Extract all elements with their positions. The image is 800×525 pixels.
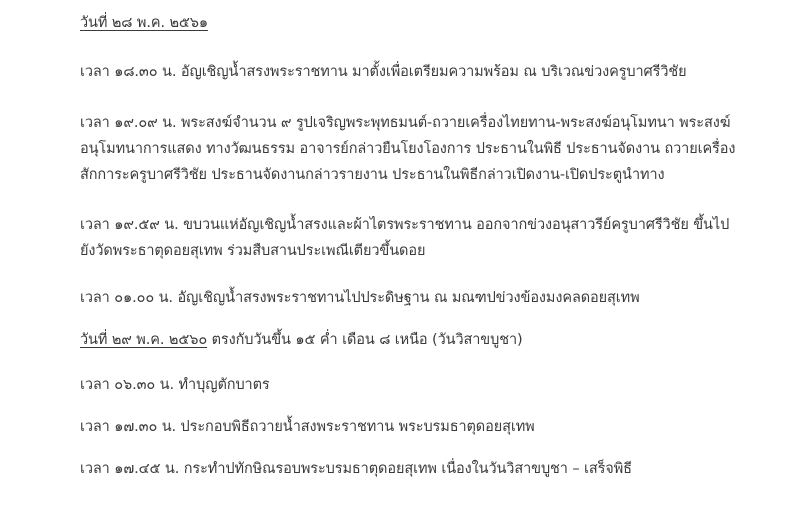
schedule-entry-1909-line2: อนุโมทนาการแสดง ทางวัฒนธรรม อาจารย์กล่าว… (80, 136, 735, 162)
schedule-entry-0630: เวลา ๐๖.๓๐ น. ทำบุญตักบาตร (80, 372, 270, 398)
day2-heading: วันที่ ๒๙ พ.ค. ๒๕๖๐ (80, 332, 207, 348)
schedule-entry-1959-line2: ยังวัดพระธาตุดอยสุเทพ ร่วมสืบสานประเพณีเ… (80, 238, 425, 264)
day2-heading-row: วันที่ ๒๙ พ.ค. ๒๕๖๐ ตรงกับวันขึ้น ๑๕ ค่ำ… (80, 327, 523, 353)
schedule-entry-1909-line1: เวลา ๑๙.๐๙ น. พระสงฆ์จำนวน ๙ รูปเจริญพระ… (80, 110, 730, 136)
schedule-entry-1830: เวลา ๑๘.๓๐ น. อัญเชิญน้ำสรงพระราชทาน มาต… (80, 59, 687, 85)
schedule-entry-0100: เวลา ๐๑.๐๐ น. อัญเชิญน้ำสรงพระราชทานไปปร… (80, 285, 640, 311)
day2-heading-suffix: ตรงกับวันขึ้น ๑๕ ค่ำ เดือน ๘ เหนือ (วันว… (207, 332, 522, 348)
schedule-entry-1909-line3: สักการะครูบาศรีวิชัย ประธานจัดงานกล่าวรา… (80, 162, 664, 188)
schedule-entry-1730: เวลา ๑๗.๓๐ น. ประกอบพิธีถวายน้ำสงพระราชท… (80, 414, 535, 440)
day1-heading: วันที่ ๒๘ พ.ค. ๒๕๖๑ (80, 10, 208, 36)
schedule-entry-1745: เวลา ๑๗.๔๕ น. กระทำปทักษิณรอบพระบรมธาตุด… (80, 456, 632, 482)
schedule-entry-1959-line1: เวลา ๑๙.๕๙ น. ขบวนแห่อัญเชิญน้ำสรงและผ้า… (80, 212, 729, 238)
